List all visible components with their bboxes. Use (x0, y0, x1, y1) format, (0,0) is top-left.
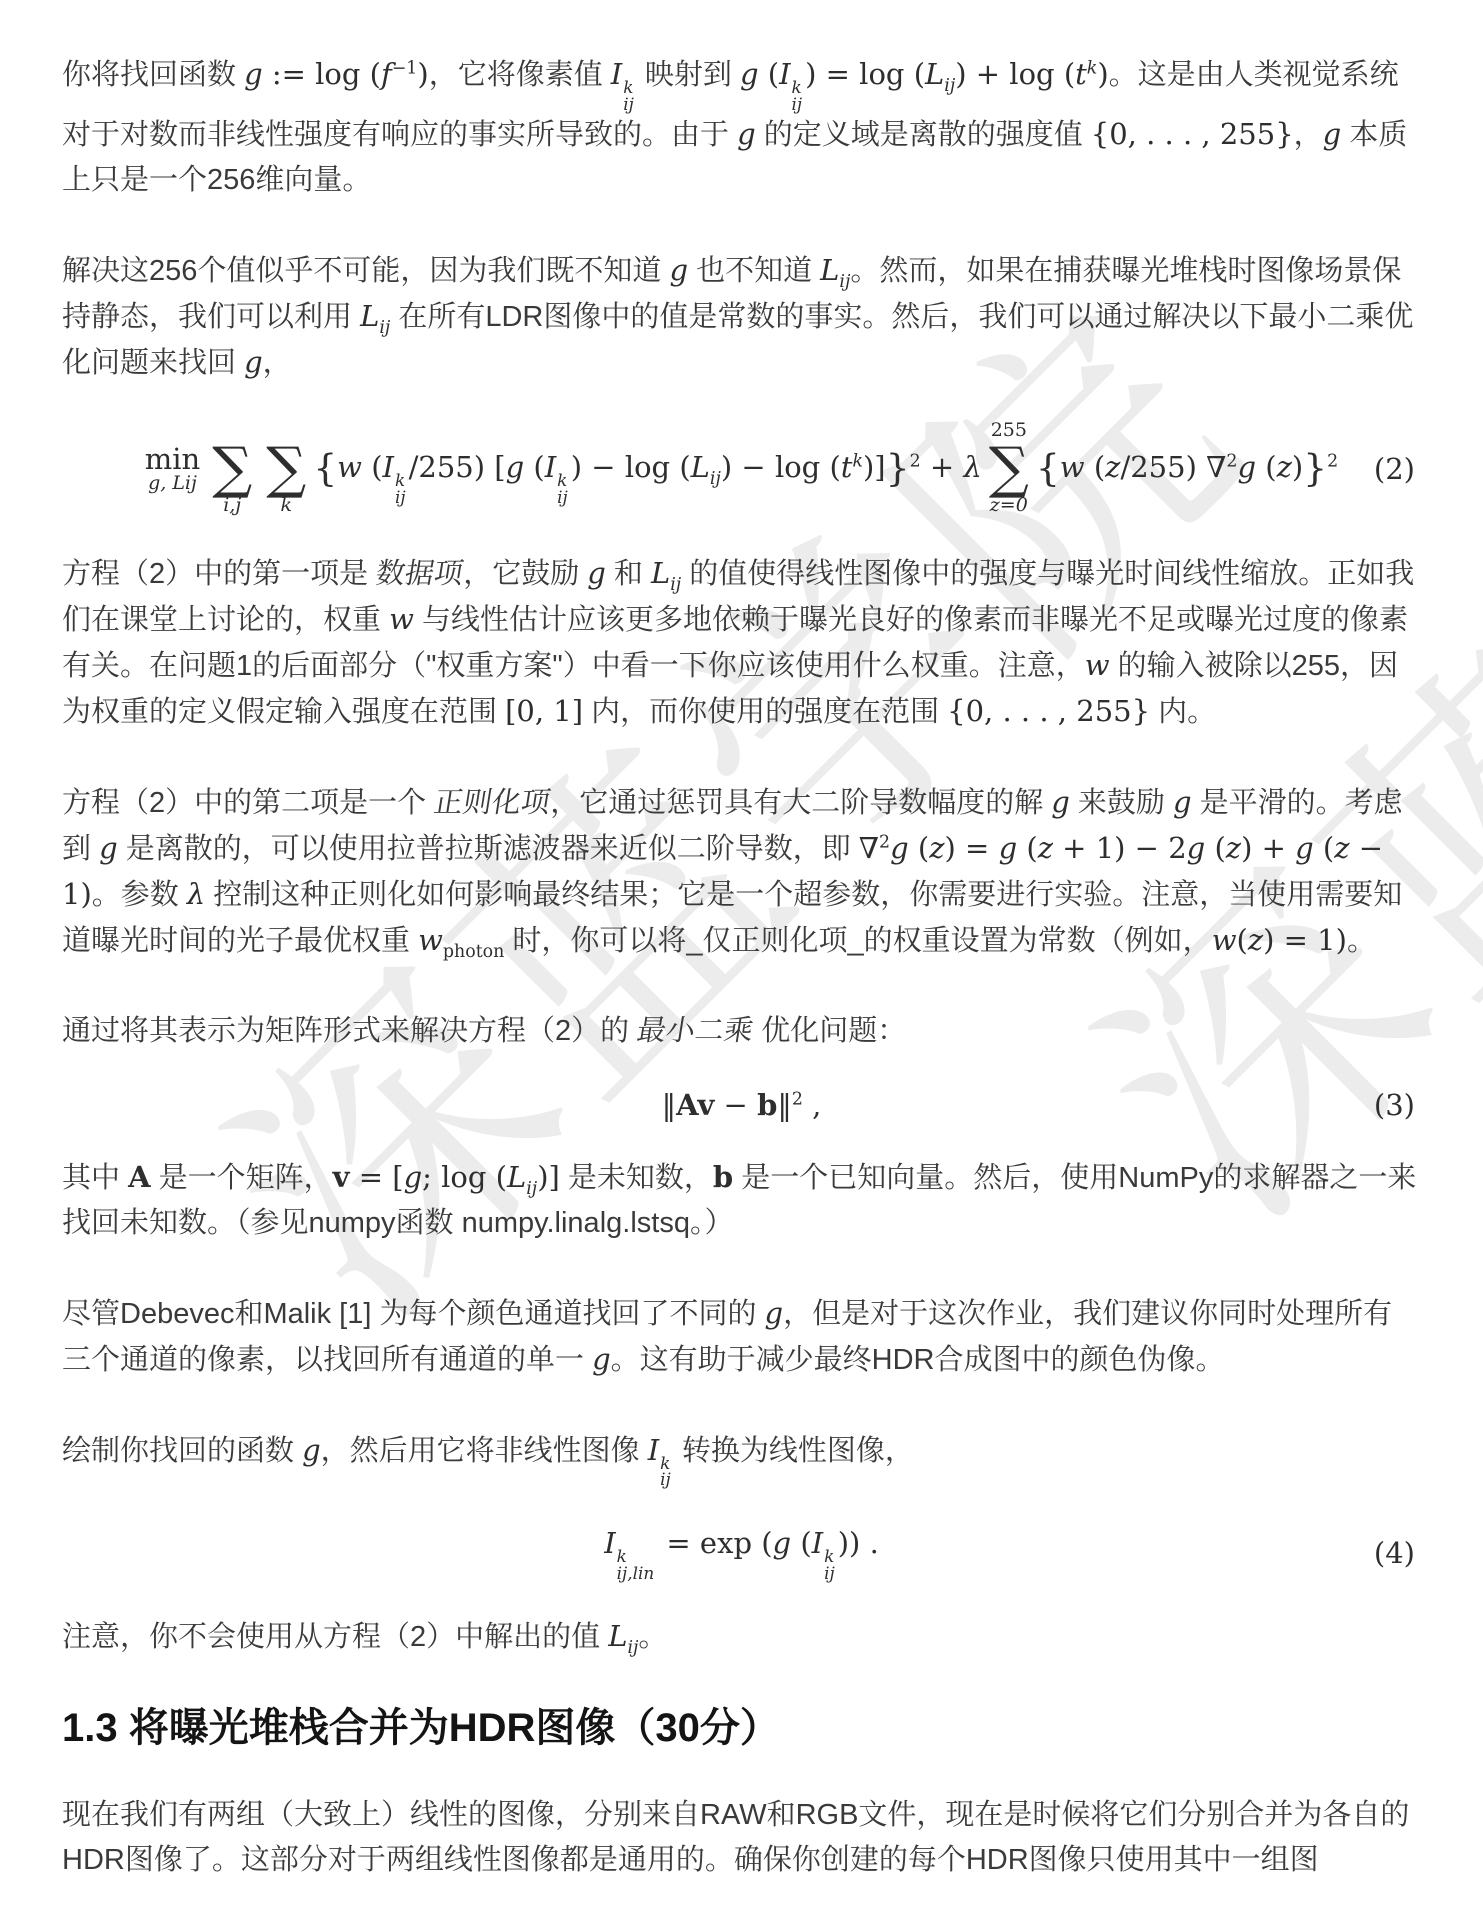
equation-4-number: (4) (1374, 1535, 1415, 1571)
equation-4-body: Ikij,lin = exp (g (Ikij)) . (604, 1526, 879, 1560)
equation-3-body: ‖Av − b‖2 , (662, 1088, 822, 1122)
paragraph-regularization-term: 方程（2）中的第二项是一个 正则化项，它通过惩罚具有大二阶导数幅度的解 g 来鼓… (62, 780, 1421, 964)
paragraph-solve-256-values: 解决这256个值似乎不可能，因为我们既不知道 g 也不知道 Lij。然而，如果在… (62, 248, 1421, 386)
paragraph-data-term: 方程（2）中的第一项是 数据项，它鼓励 g 和 Lij 的值使得线性图像中的强度… (62, 551, 1421, 735)
equation-3: ‖Av − b‖2 , (3) (62, 1087, 1421, 1123)
paragraph-merge-intro: 现在我们有两组（大致上）线性的图像，分别来自RAW和RGB文件，现在是时候将它们… (62, 1793, 1421, 1883)
paragraph-note-lij: 注意，你不会使用从方程（2）中解出的值 Lij。 (62, 1614, 1421, 1660)
section-heading: 1.3 将曝光堆栈合并为HDR图像（30分） (62, 1705, 1421, 1751)
equation-2-number: (2) (1374, 451, 1415, 487)
equation-2-body: ming, Lij ∑i,j ∑k{w (Ikij/255) [g (Ikij)… (145, 450, 1338, 484)
equation-3-number: (3) (1374, 1087, 1415, 1123)
paragraph-plot-g: 绘制你找回的函数 g，然后用它将非线性图像 Ikij 转换为线性图像， (62, 1428, 1421, 1488)
equation-2: ming, Lij ∑i,j ∑k{w (Ikij/255) [g (Ikij)… (62, 421, 1421, 516)
paragraph-single-g: 尽管Debevec和Malik [1] 为每个颜色通道找回了不同的 g，但是对于… (62, 1291, 1421, 1383)
paragraph-unknowns: 其中 A 是一个矩阵，v = [g; log (Lij)] 是未知数，b 是一个… (62, 1155, 1421, 1246)
document-page: 深蓝学院 深蓝学院 你将找回函数 g := log (f−1)，它将像素值 Ik… (0, 0, 1483, 1920)
paragraph-matrix-form: 通过将其表示为矩阵形式来解决方程（2）的 最小二乘 优化问题： (62, 1009, 1421, 1054)
equation-4: Ikij,lin = exp (g (Ikij)) . (4) (62, 1525, 1421, 1581)
document-content: 你将找回函数 g := log (f−1)，它将像素值 Ikij 映射到 g (… (0, 0, 1483, 1883)
paragraph-recover-function: 你将找回函数 g := log (f−1)，它将像素值 Ikij 映射到 g (… (62, 52, 1421, 203)
